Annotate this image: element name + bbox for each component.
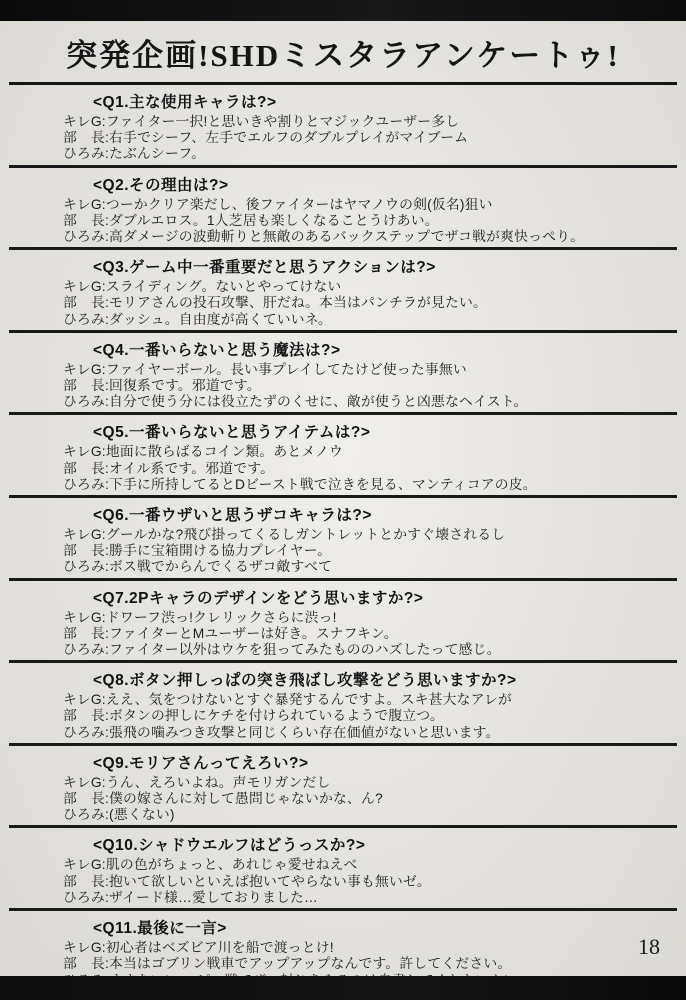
answer-text: オイル系です。邪道です。	[109, 461, 274, 477]
page-number: 18	[638, 934, 660, 960]
answer-row: ひろみ:ザイード様…愛しておりました…	[63, 890, 677, 906]
answer-text: 右手でシーフ、左手でエルフのダブルプレイがマイブーム	[109, 130, 468, 146]
answer-row: 部 長:ファイターとMユーザーは好き。スナフキン。	[63, 626, 677, 642]
speaker-label: ひろみ:	[63, 807, 109, 823]
speaker-label: 部 長:	[63, 791, 109, 807]
answer-row: キレG:ファイター一択!と思いきや割りとマジックユーザー多し	[63, 114, 677, 130]
answer-text: (悪くない)	[109, 807, 175, 823]
speaker-label: ひろみ:	[63, 559, 109, 575]
answer-row: 部 長:勝手に宝箱開ける協力プレイヤー。	[63, 543, 677, 559]
scan-edge-top	[0, 0, 686, 21]
answer-row: キレG:ええ、気をつけないとすぐ暴発するんですよ。スキ甚大なアレが	[63, 692, 677, 708]
qa-section: <Q6.一番ウザいと思うザコキャラは?>キレG:グールかな?飛び掛ってくるしガン…	[9, 498, 677, 581]
answer-text: 抱いて欲しいといえば抱いてやらない事も無いゼ。	[109, 874, 431, 890]
answer-text: ファイターとMユーザーは好き。スナフキン。	[109, 626, 398, 642]
answer-text: 回復系です。邪道です。	[109, 378, 261, 394]
answer-row: 部 長:オイル系です。邪道です。	[63, 461, 677, 477]
answer-text: モリアさんの投石攻撃、肝だね。本当はパンチラが見たい。	[109, 295, 487, 311]
answer-text: ザイード様…愛しておりました…	[109, 890, 318, 906]
answer-text: 自分で使う分には役立たずのくせに、敵が使うと凶悪なヘイスト。	[109, 394, 528, 410]
answer-text: 本当はゴブリン戦車でアップアップなんです。許してください。	[109, 956, 511, 972]
answer-text: ファイター以外はウケを狙ってみたもののハズしたって感じ。	[109, 642, 501, 658]
answer-text: ドワーフ渋っ!クレリックさらに渋っ!	[106, 610, 337, 626]
answer-row: 部 長:モリアさんの投石攻撃、肝だね。本当はパンチラが見たい。	[63, 295, 677, 311]
answer-row: 部 長:ダブルエロス。1人芝居も楽しくなることうけあい。	[63, 213, 677, 229]
scan-edge-bottom	[0, 976, 686, 1000]
speaker-label: ひろみ:	[63, 146, 109, 162]
answer-text: ファイター一択!と思いきや割りとマジックユーザー多し	[106, 114, 459, 130]
speaker-label: ひろみ:	[63, 312, 109, 328]
speaker-label: 部 長:	[63, 874, 109, 890]
question-heading: <Q7.2Pキャラのデザインをどう思いますか?>	[93, 590, 677, 608]
qa-section: <Q4.一番いらないと思う魔法は?>キレG:ファイヤーボール。長い事プレイしてた…	[9, 333, 677, 416]
speaker-label: キレG:	[63, 197, 106, 213]
speaker-label: キレG:	[63, 114, 106, 130]
speaker-label: キレG:	[63, 527, 106, 543]
answer-row: 部 長:本当はゴブリン戦車でアップアップなんです。許してください。	[63, 956, 677, 972]
question-heading: <Q8.ボタン押しっぱの突き飛ばし攻撃をどう思いますか?>	[93, 672, 677, 690]
speaker-label: ひろみ:	[63, 642, 109, 658]
answer-row: キレG:肌の色がちょっと、あれじゃ愛せねえべ	[63, 857, 677, 873]
question-heading: <Q11.最後に一言>	[93, 920, 677, 938]
answer-text: 地面に散らばるコイン類。あとメノウ	[106, 444, 343, 460]
qa-section: <Q1.主な使用キャラは?>キレG:ファイター一択!と思いきや割りとマジックユー…	[9, 85, 677, 168]
answer-text: ダッシュ。自由度が高くていいネ。	[109, 312, 332, 328]
answer-row: 部 長:抱いて欲しいといえば抱いてやらない事も無いゼ。	[63, 874, 677, 890]
speaker-label: キレG:	[63, 940, 106, 956]
answer-text: グールかな?飛び掛ってくるしガントレットとかすぐ壊されるし	[106, 527, 505, 543]
page-title: 突発企画!SHDミスタラアンケートゥ!	[40, 30, 646, 75]
qa-list: <Q1.主な使用キャラは?>キレG:ファイター一択!と思いきや割りとマジックユー…	[9, 85, 677, 993]
answer-text: ボタンの押しにケチを付けられているようで腹立つ。	[109, 708, 444, 724]
speaker-label: ひろみ:	[63, 477, 109, 493]
speaker-label: キレG:	[63, 362, 106, 378]
qa-section: <Q3.ゲーム中一番重要だと思うアクションは?>キレG:スライディング。ないとや…	[9, 250, 677, 333]
answer-text: スライディング。ないとやってけない	[106, 279, 342, 295]
answer-row: ひろみ:下手に所持してるとDビースト戦で泣きを見る、マンティコアの皮。	[63, 477, 677, 493]
qa-section: <Q2.その理由は?>キレG:つーかクリア楽だし、後ファイターはヤマノウの剣(仮…	[9, 168, 677, 251]
question-heading: <Q10.シャドウエルフはどうっスか?>	[93, 837, 677, 855]
answer-row: ひろみ:張飛の噛みつき攻撃と同じくらい存在価値がないと思います。	[63, 725, 677, 741]
speaker-label: 部 長:	[63, 461, 109, 477]
speaker-label: 部 長:	[63, 956, 109, 972]
speaker-label: キレG:	[63, 444, 106, 460]
answer-text: 肌の色がちょっと、あれじゃ愛せねえべ	[106, 857, 358, 873]
qa-section: <Q10.シャドウエルフはどうっスか?>キレG:肌の色がちょっと、あれじゃ愛せね…	[9, 828, 677, 911]
speaker-label: ひろみ:	[63, 229, 109, 245]
speaker-label: ひろみ:	[63, 394, 109, 410]
question-heading: <Q3.ゲーム中一番重要だと思うアクションは?>	[93, 259, 677, 277]
answer-text: ええ、気をつけないとすぐ暴発するんですよ。スキ甚大なアレが	[106, 692, 512, 708]
speaker-label: 部 長:	[63, 626, 109, 642]
answer-row: キレG:スライディング。ないとやってけない	[63, 279, 677, 295]
answer-text: 初心者はベズビア川を船で渡っとけ!	[106, 940, 334, 956]
answer-row: ひろみ:ボス戦でからんでくるザコ敵すべて	[63, 559, 677, 575]
speaker-label: キレG:	[63, 279, 106, 295]
speaker-label: キレG:	[63, 610, 106, 626]
answer-text: 張飛の噛みつき攻撃と同じくらい存在価値がないと思います。	[109, 725, 500, 741]
answer-text: ボス戦でからんでくるザコ敵すべて	[109, 559, 332, 575]
answer-row: ひろみ:高ダメージの波動斬りと無敵のあるバックステップでザコ戦が爽快っぺり。	[63, 229, 677, 245]
qa-section: <Q5.一番いらないと思うアイテムは?>キレG:地面に散らばるコイン類。あとメノ…	[9, 415, 677, 498]
question-heading: <Q2.その理由は?>	[93, 177, 677, 195]
answer-row: 部 長:回復系です。邪道です。	[63, 378, 677, 394]
answer-text: 高ダメージの波動斬りと無敵のあるバックステップでザコ戦が爽快っぺり。	[109, 229, 584, 245]
answer-row: 部 長:右手でシーフ、左手でエルフのダブルプレイがマイブーム	[63, 130, 677, 146]
answer-text: ダブルエロス。1人芝居も楽しくなることうけあい。	[109, 213, 439, 229]
answer-row: キレG:ドワーフ渋っ!クレリックさらに渋っ!	[63, 610, 677, 626]
answer-row: 部 長:ボタンの押しにケチを付けられているようで腹立つ。	[63, 708, 677, 724]
answer-row: キレG:つーかクリア楽だし、後ファイターはヤマノウの剣(仮名)狙い	[63, 197, 677, 213]
answer-row: ひろみ:自分で使う分には役立たずのくせに、敵が使うと凶悪なヘイスト。	[63, 394, 677, 410]
speaker-label: ひろみ:	[63, 725, 109, 741]
answer-text: 勝手に宝箱開ける協力プレイヤー。	[109, 543, 331, 559]
qa-section: <Q7.2Pキャラのデザインをどう思いますか?>キレG:ドワーフ渋っ!クレリック…	[9, 581, 677, 664]
speaker-label: キレG:	[63, 692, 106, 708]
answer-text: うん、えろいよね。声モリガンだし	[106, 775, 331, 791]
speaker-label: キレG:	[63, 775, 106, 791]
answer-row: キレG:グールかな?飛び掛ってくるしガントレットとかすぐ壊されるし	[63, 527, 677, 543]
answer-row: ひろみ:たぶんシーフ。	[63, 146, 677, 162]
answer-row: ひろみ:ファイター以外はウケを狙ってみたもののハズしたって感じ。	[63, 642, 677, 658]
answer-text: ファイヤーボール。長い事プレイしてたけど使った事無い	[106, 362, 467, 378]
speaker-label: 部 長:	[63, 295, 109, 311]
question-heading: <Q9.モリアさんってえろい?>	[93, 755, 677, 773]
question-heading: <Q5.一番いらないと思うアイテムは?>	[93, 424, 677, 442]
qa-section: <Q9.モリアさんってえろい?>キレG:うん、えろいよね。声モリガンだし部 長:…	[9, 746, 677, 829]
qa-section: <Q8.ボタン押しっぱの突き飛ばし攻撃をどう思いますか?>キレG:ええ、気をつけ…	[9, 663, 677, 746]
speaker-label: ひろみ:	[63, 890, 109, 906]
answer-row: キレG:ファイヤーボール。長い事プレイしてたけど使った事無い	[63, 362, 677, 378]
answer-text: 僕の嫁さんに対して愚問じゃないかな、ん?	[109, 791, 383, 807]
answer-text: たぶんシーフ。	[109, 146, 205, 162]
answer-row: ひろみ:ダッシュ。自由度が高くていいネ。	[63, 312, 677, 328]
speaker-label: 部 長:	[63, 708, 109, 724]
answer-row: キレG:うん、えろいよね。声モリガンだし	[63, 775, 677, 791]
answer-text: 下手に所持してるとDビースト戦で泣きを見る、マンティコアの皮。	[109, 477, 537, 493]
question-heading: <Q1.主な使用キャラは?>	[93, 94, 677, 112]
answer-row: 部 長:僕の嫁さんに対して愚問じゃないかな、ん?	[63, 791, 677, 807]
answer-row: キレG:地面に散らばるコイン類。あとメノウ	[63, 444, 677, 460]
speaker-label: 部 長:	[63, 378, 109, 394]
question-heading: <Q4.一番いらないと思う魔法は?>	[93, 342, 677, 360]
question-heading: <Q6.一番ウザいと思うザコキャラは?>	[93, 507, 677, 525]
answer-row: キレG:初心者はベズビア川を船で渡っとけ!	[63, 940, 677, 956]
speaker-label: 部 長:	[63, 213, 109, 229]
speaker-label: 部 長:	[63, 130, 109, 146]
answer-text: つーかクリア楽だし、後ファイターはヤマノウの剣(仮名)狙い	[106, 197, 493, 213]
speaker-label: キレG:	[63, 857, 106, 873]
speaker-label: 部 長:	[63, 543, 109, 559]
answer-row: ひろみ:(悪くない)	[63, 807, 677, 823]
